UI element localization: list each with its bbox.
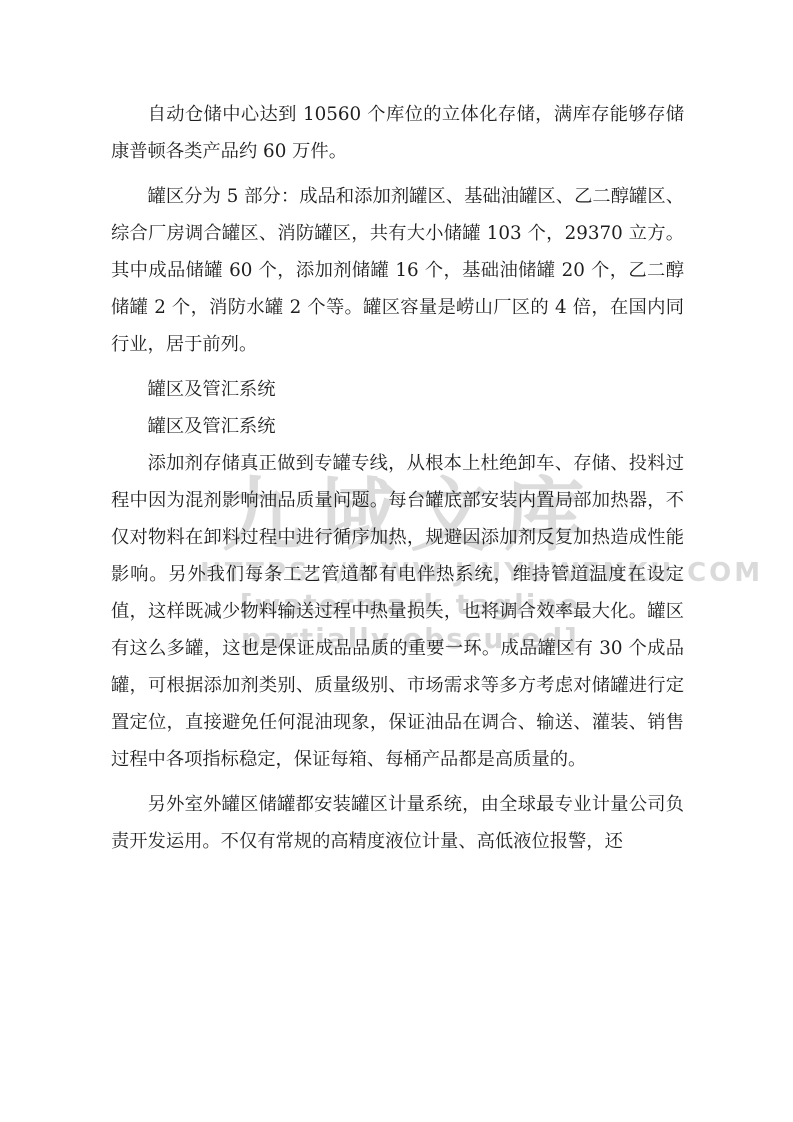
document-page: 九域文库 HTTPS://WWW.JIUYUWENKU.COM [waterma…	[0, 0, 793, 1122]
section-heading: 罐区及管汇系统	[111, 371, 684, 408]
section-heading-repeat: 罐区及管汇系统	[111, 408, 684, 445]
document-body: 自动仓储中心达到 10560 个库位的立体化存储，满库存能够存储康普顿各类产品约…	[111, 96, 684, 860]
paragraph-storage-center: 自动仓储中心达到 10560 个库位的立体化存储，满库存能够存储康普顿各类产品约…	[111, 96, 684, 170]
paragraph-metering-system: 另外室外罐区储罐都安装罐区计量系统，由全球最专业计量公司负责开发运用。不仅有常规…	[111, 786, 684, 860]
paragraph-additive-storage: 添加剂存储真正做到专罐专线，从根本上杜绝卸车、存储、投料过程中因为混剂影响油品质…	[111, 445, 684, 778]
paragraph-tank-areas: 罐区分为 5 部分：成品和添加剂罐区、基础油罐区、乙二醇罐区、综合厂房调合罐区、…	[111, 178, 684, 363]
